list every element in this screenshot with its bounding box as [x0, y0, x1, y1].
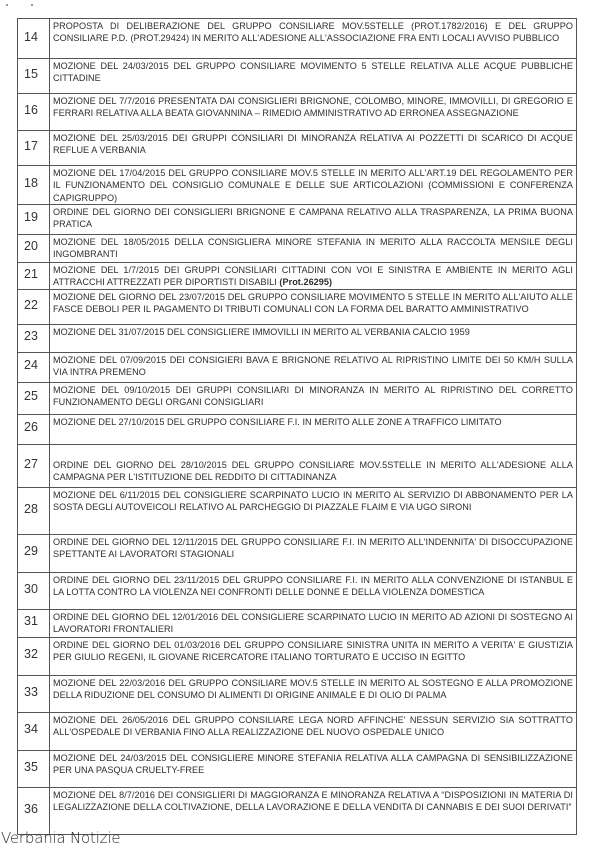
- item-number-cell: 33: [18, 675, 50, 712]
- item-number-cell: 29: [18, 534, 50, 572]
- item-description-cell: MOZIONE DEL 25/03/2015 DEI GRUPPI CONSIL…: [50, 131, 577, 166]
- item-number: 23: [24, 329, 38, 343]
- item-description-cell: MOZIONE DEL 18/05/2015 DELLA CONSIGLIERA…: [50, 234, 577, 262]
- item-description-cell: MOZIONE DEL 17/04/2015 DEL GRUPPO CONSIL…: [50, 166, 577, 205]
- item-description-cell: MOZIONE DEL 27/10/2015 DEL GRUPPO CONSIL…: [50, 414, 577, 444]
- footer-watermark: Verbania Notizie: [1, 829, 120, 847]
- item-number-cell: 34: [18, 712, 50, 750]
- item-number: 17: [24, 139, 38, 153]
- item-number-cell: 23: [18, 324, 50, 352]
- item-number: 21: [24, 267, 38, 281]
- item-description: MOZIONE DEL 27/10/2015 DEL GRUPPO CONSIL…: [53, 417, 502, 427]
- item-number: 27: [24, 457, 38, 471]
- item-description-cell: ORDINE DEL GIORNO DEI CONSIGLIERI BRIGNO…: [50, 204, 577, 234]
- item-description: MOZIONE DEL 7/7/2016 PRESENTATA DAI CONS…: [53, 96, 573, 118]
- item-description: ORDINE DEL GIORNO DEL 23/11/2015 DEL GRU…: [53, 575, 573, 597]
- item-number: 16: [24, 103, 38, 117]
- item-number-cell: 25: [18, 382, 50, 414]
- item-number-cell: 35: [18, 750, 50, 787]
- item-description-cell: MOZIONE DEL 09/10/2015 DEI GRUPPI CONSIL…: [50, 382, 577, 414]
- item-description-cell: MOZIONE DEL 22/03/2016 DEL GRUPPO CONSIL…: [50, 675, 577, 712]
- item-number: 20: [24, 239, 38, 253]
- table-row: 23MOZIONE DEL 31/07/2015 DEL CONSIGLIERE…: [18, 324, 577, 352]
- table-row: 36MOZIONE DEL 8/7/2016 DEI CONSIGLIERI D…: [18, 787, 577, 834]
- table-row: 17MOZIONE DEL 25/03/2015 DEI GRUPPI CONS…: [18, 131, 577, 166]
- table-row: 21MOZIONE DEL 1/7/2015 DEI GRUPPI CONSIL…: [18, 262, 577, 289]
- item-description-cell: PROPOSTA DI DELIBERAZIONE DEL GRUPPO CON…: [50, 19, 577, 59]
- item-description-cell: ORDINE DEL GIORNO DEL 23/11/2015 DEL GRU…: [50, 572, 577, 609]
- item-number: 25: [24, 389, 38, 403]
- item-number-cell: 30: [18, 572, 50, 609]
- table-row: 27ORDINE DEL GIORNO DEL 28/10/2015 DEL G…: [18, 444, 577, 487]
- agenda-table-body: 14PROPOSTA DI DELIBERAZIONE DEL GRUPPO C…: [18, 19, 577, 835]
- item-number: 24: [24, 358, 38, 372]
- item-number-cell: 27: [18, 444, 50, 487]
- item-description: ORDINE DEL GIORNO DEL 01/03/2016 DEL GRU…: [53, 640, 573, 662]
- table-row: 24MOZIONE DEL 07/09/2015 DEI CONSIGIERI …: [18, 352, 577, 382]
- item-description-cell: ORDINE DEL GIORNO DEL 28/10/2015 DEL GRU…: [50, 444, 577, 487]
- item-description: MOZIONE DEL 26/05/2016 DEL GRUPPO CONSIL…: [53, 715, 573, 737]
- item-number: 26: [24, 420, 38, 434]
- table-row: 33MOZIONE DEL 22/03/2016 DEL GRUPPO CONS…: [18, 675, 577, 712]
- item-number: 28: [24, 502, 38, 516]
- table-row: 31ORDINE DEL GIORNO DEL 12/01/2016 DEL C…: [18, 609, 577, 637]
- item-number-cell: 31: [18, 609, 50, 637]
- item-description: MOZIONE DEL 07/09/2015 DEI CONSIGIERI BA…: [53, 355, 573, 377]
- item-description: ORDINE DEL GIORNO DEL 12/11/2015 DEL GRU…: [53, 537, 573, 559]
- item-description: MOZIONE DEL 17/04/2015 DEL GRUPPO CONSIL…: [53, 168, 573, 203]
- item-number: 32: [24, 647, 38, 661]
- table-row: 22MOZIONE DEL GIORNO DEL 23/07/2015 DEL …: [18, 289, 577, 324]
- item-description-cell: MOZIONE DEL 07/09/2015 DEI CONSIGIERI BA…: [50, 352, 577, 382]
- table-row: 35MOZIONE DEL 24/03/2015 DEL CONSIGLIERE…: [18, 750, 577, 787]
- item-number: 36: [24, 802, 38, 816]
- item-number: 15: [24, 67, 38, 81]
- table-row: 29ORDINE DEL GIORNO DEL 12/11/2015 DEL G…: [18, 534, 577, 572]
- agenda-table: 14PROPOSTA DI DELIBERAZIONE DEL GRUPPO C…: [17, 18, 577, 835]
- table-row: 32ORDINE DEL GIORNO DEL 01/03/2016 DEL G…: [18, 637, 577, 675]
- item-description: MOZIONE DEL 22/03/2016 DEL GRUPPO CONSIL…: [53, 678, 573, 700]
- item-description-cell: MOZIONE DEL GIORNO DEL 23/07/2015 DEL GR…: [50, 289, 577, 324]
- item-number: 30: [24, 582, 38, 596]
- item-number: 33: [24, 685, 38, 699]
- item-description: MOZIONE DEL 18/05/2015 DELLA CONSIGLIERA…: [53, 237, 573, 259]
- item-description: ORDINE DEL GIORNO DEL 28/10/2015 DEL GRU…: [53, 460, 573, 482]
- item-description-cell: ORDINE DEL GIORNO DEL 12/01/2016 DEL CON…: [50, 609, 577, 637]
- item-description: MOZIONE DEL 25/03/2015 DEI GRUPPI CONSIL…: [53, 133, 573, 155]
- item-number-cell: 16: [18, 94, 50, 131]
- item-description: PROPOSTA DI DELIBERAZIONE DEL GRUPPO CON…: [53, 21, 573, 43]
- item-description-cell: MOZIONE DEL 1/7/2015 DEI GRUPPI CONSILIA…: [50, 262, 577, 289]
- item-description-cell: ORDINE DEL GIORNO DEL 01/03/2016 DEL GRU…: [50, 637, 577, 675]
- item-number: 19: [24, 210, 38, 224]
- item-description-cell: MOZIONE DEL 8/7/2016 DEI CONSIGLIERI DI …: [50, 787, 577, 834]
- scan-speck: [6, 4, 8, 6]
- table-row: 30ORDINE DEL GIORNO DEL 23/11/2015 DEL G…: [18, 572, 577, 609]
- item-description: MOZIONE DEL 8/7/2016 DEI CONSIGLIERI DI …: [53, 790, 573, 812]
- item-description-cell: MOZIONE DEL 24/03/2015 DEL GRUPPO CONSIL…: [50, 59, 577, 94]
- table-row: 34MOZIONE DEL 26/05/2016 DEL GRUPPO CONS…: [18, 712, 577, 750]
- item-number-cell: 28: [18, 487, 50, 534]
- item-number-cell: 14: [18, 19, 50, 59]
- item-description-cell: MOZIONE DEL 31/07/2015 DEL CONSIGLIERE I…: [50, 324, 577, 352]
- item-description: MOZIONE DEL 6/11/2015 DEL CONSIGLIERE SC…: [53, 490, 573, 512]
- item-description-cell: ORDINE DEL GIORNO DEL 12/11/2015 DEL GRU…: [50, 534, 577, 572]
- scan-speck: [31, 4, 33, 6]
- item-number-cell: 19: [18, 204, 50, 234]
- item-description: MOZIONE DEL 09/10/2015 DEI GRUPPI CONSIL…: [53, 385, 573, 407]
- item-number-cell: 21: [18, 262, 50, 289]
- item-description: ORDINE DEL GIORNO DEL 12/01/2016 DEL CON…: [53, 612, 573, 634]
- item-description: MOZIONE DEL 31/07/2015 DEL CONSIGLIERE I…: [53, 327, 470, 337]
- table-row: 16MOZIONE DEL 7/7/2016 PRESENTATA DAI CO…: [18, 94, 577, 131]
- item-description-cell: MOZIONE DEL 6/11/2015 DEL CONSIGLIERE SC…: [50, 487, 577, 534]
- table-row: 15MOZIONE DEL 24/03/2015 DEL GRUPPO CONS…: [18, 59, 577, 94]
- item-number: 22: [24, 298, 38, 312]
- item-number-cell: 32: [18, 637, 50, 675]
- item-number: 35: [24, 760, 38, 774]
- item-number-cell: 26: [18, 414, 50, 444]
- item-number-cell: 24: [18, 352, 50, 382]
- item-description: MOZIONE DEL GIORNO DEL 23/07/2015 DEL GR…: [53, 292, 573, 314]
- item-number-cell: 15: [18, 59, 50, 94]
- item-description-cell: MOZIONE DEL 24/03/2015 DEL CONSIGLIERE M…: [50, 750, 577, 787]
- item-number-cell: 22: [18, 289, 50, 324]
- item-description-cell: MOZIONE DEL 7/7/2016 PRESENTATA DAI CONS…: [50, 94, 577, 131]
- item-number-cell: 36: [18, 787, 50, 834]
- item-number: 18: [24, 176, 38, 190]
- item-number: 14: [24, 30, 38, 44]
- item-number: 31: [24, 614, 38, 628]
- table-row: 19ORDINE DEL GIORNO DEI CONSIGLIERI BRIG…: [18, 204, 577, 234]
- table-row: 26MOZIONE DEL 27/10/2015 DEL GRUPPO CONS…: [18, 414, 577, 444]
- protocol-reference: (Prot.26295): [279, 277, 332, 287]
- item-number-cell: 17: [18, 131, 50, 166]
- item-description-cell: MOZIONE DEL 26/05/2016 DEL GRUPPO CONSIL…: [50, 712, 577, 750]
- table-row: 14PROPOSTA DI DELIBERAZIONE DEL GRUPPO C…: [18, 19, 577, 59]
- item-number-cell: 20: [18, 234, 50, 262]
- item-description: ORDINE DEL GIORNO DEI CONSIGLIERI BRIGNO…: [53, 207, 573, 229]
- item-number: 34: [24, 722, 38, 736]
- table-row: 18MOZIONE DEL 17/04/2015 DEL GRUPPO CONS…: [18, 166, 577, 205]
- table-row: 25MOZIONE DEL 09/10/2015 DEI GRUPPI CONS…: [18, 382, 577, 414]
- item-description: MOZIONE DEL 24/03/2015 DEL CONSIGLIERE M…: [53, 753, 573, 775]
- item-description: MOZIONE DEL 24/03/2015 DEL GRUPPO CONSIL…: [53, 61, 573, 83]
- table-row: 20MOZIONE DEL 18/05/2015 DELLA CONSIGLIE…: [18, 234, 577, 262]
- item-number-cell: 18: [18, 166, 50, 205]
- item-number: 29: [24, 544, 38, 558]
- table-row: 28MOZIONE DEL 6/11/2015 DEL CONSIGLIERE …: [18, 487, 577, 534]
